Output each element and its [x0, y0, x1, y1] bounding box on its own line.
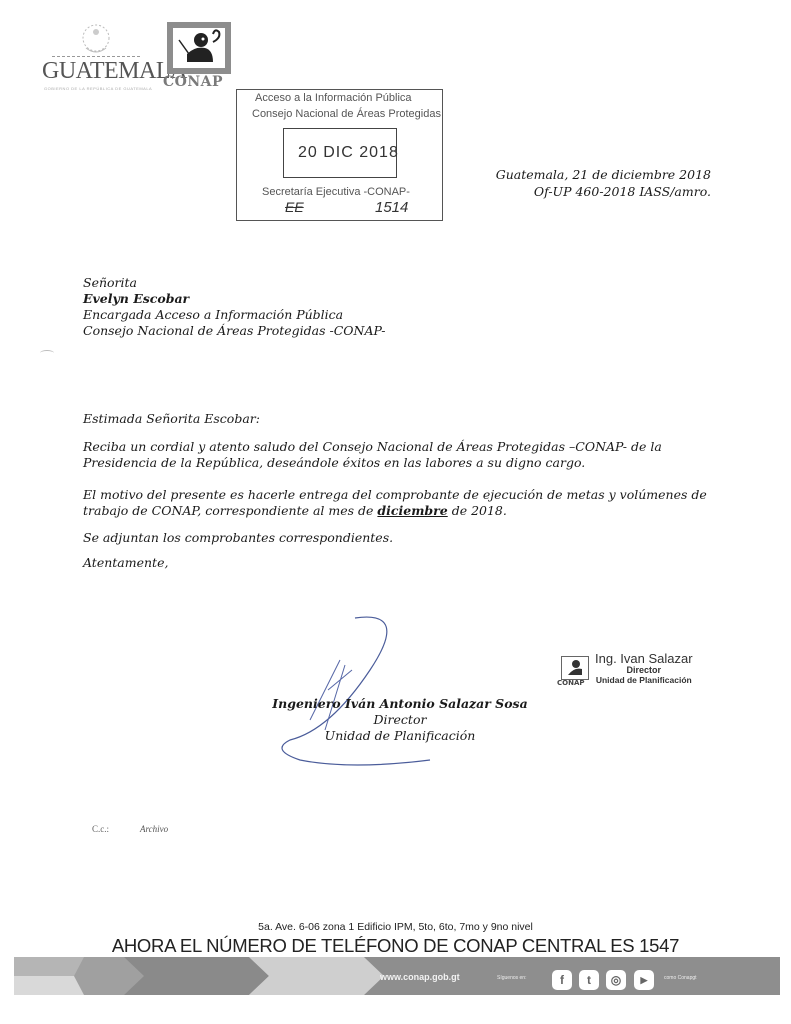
- stamp-handwritten-initials: EE: [285, 199, 304, 215]
- youtube-icon[interactable]: ▶: [634, 970, 654, 990]
- addressee-salutation: Señorita: [83, 275, 385, 291]
- handwritten-signature: [270, 610, 440, 780]
- logo-decorative-line: [52, 56, 142, 57]
- cc-value: Archivo: [140, 824, 168, 834]
- month-emphasis: diciembre: [377, 503, 447, 518]
- seal-conap-monkey-icon: [561, 656, 589, 680]
- addressee-organization: Consejo Nacional de Áreas Protegidas -CO…: [83, 323, 385, 339]
- seal-unit: Unidad de Planificación: [595, 675, 693, 686]
- stamp-handwritten-number: 1514: [375, 199, 408, 216]
- signer-block: Ingeniero Iván Antonio Salazar Sosa Dire…: [260, 696, 540, 744]
- stamp-date: 20 DIC 2018: [298, 144, 399, 162]
- follow-label: Síguenos en:: [497, 975, 526, 981]
- addressee-name: Evelyn Escobar: [83, 291, 189, 306]
- stamp-line-2: Consejo Nacional de Áreas Protegidas: [252, 108, 441, 120]
- facebook-icon[interactable]: f: [552, 970, 572, 990]
- letter-date-reference: Guatemala, 21 de diciembre 2018 Of-UP 46…: [496, 166, 711, 200]
- official-seal: Ing. Ivan Salazar Director Unidad de Pla…: [595, 651, 693, 686]
- seal-name: Ing. Ivan Salazar: [595, 651, 693, 666]
- signer-name: Ingeniero Iván Antonio Salazar Sosa: [260, 696, 540, 712]
- seal-title: Director: [595, 666, 693, 675]
- footer-address: 5a. Ave. 6-06 zona 1 Edificio IPM, 5to, …: [0, 921, 791, 933]
- guatemala-logo-subtext: GOBIERNO DE LA REPÚBLICA DE GUATEMALA: [44, 86, 154, 91]
- twitter-icon[interactable]: t: [579, 970, 599, 990]
- seal-logo-text: CONAP: [557, 679, 585, 687]
- body-paragraph-3: Se adjuntan los comprobantes correspondi…: [83, 530, 728, 546]
- cc-label: C.c.:: [92, 824, 109, 834]
- stamp-line-3: Secretaría Ejecutiva -CONAP-: [262, 186, 410, 198]
- footer-phone-notice: AHORA EL NÚMERO DE TELÉFONO DE CONAP CEN…: [0, 935, 791, 957]
- signer-unit: Unidad de Planificación: [260, 728, 540, 744]
- conap-logo-text: CONAP: [163, 74, 223, 90]
- website-link[interactable]: www.conap.gob.gt: [380, 972, 460, 982]
- stamp-line-1: Acceso a la Información Pública: [255, 92, 412, 104]
- greeting: Estimada Señorita Escobar:: [83, 411, 728, 427]
- instagram-icon[interactable]: ◎: [606, 970, 626, 990]
- addressee-block: Señorita Evelyn Escobar Encargada Acceso…: [83, 275, 385, 339]
- reference-number: Of-UP 460-2018 IASS/amro.: [496, 183, 711, 200]
- place-date: Guatemala, 21 de diciembre 2018: [496, 166, 711, 183]
- body-paragraph-2: El motivo del presente es hacerle entreg…: [83, 487, 728, 519]
- paragraph-2-end: de 2018.: [448, 503, 507, 518]
- body-paragraph-1: Reciba un cordial y atento saludo del Co…: [83, 439, 728, 471]
- addressee-position: Encargada Acceso a Información Pública: [83, 307, 385, 323]
- monkey-emblem-icon: [173, 28, 225, 68]
- social-handle: como Conapgt: [664, 975, 697, 981]
- guatemala-coat-of-arms-icon: [78, 20, 114, 58]
- scan-margin-mark: [40, 350, 54, 356]
- signer-title: Director: [260, 712, 540, 728]
- closing: Atentamente,: [83, 555, 728, 571]
